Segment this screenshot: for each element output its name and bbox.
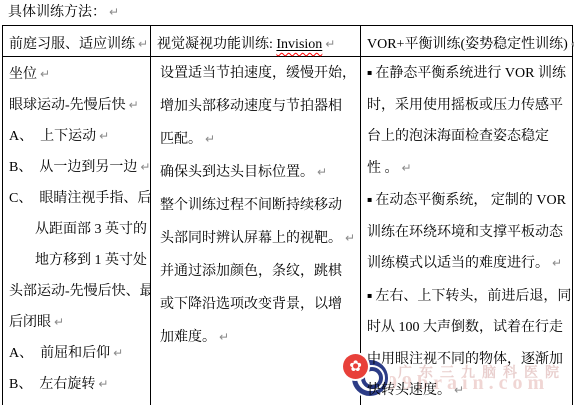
text-line: 地方移到 1 英寸处↵ (9, 245, 150, 276)
training-methods-table: 前庭习服、适应训练↵ 视觉凝视功能训练: Invision↵ VOR+平衡训练(… (2, 25, 573, 405)
line-text: 地方移到 1 英寸处 (35, 253, 147, 268)
line-text: 在静态平衡系统进行 VOR 训练 (375, 66, 566, 81)
paragraph-mark: ↵ (219, 330, 229, 344)
text-line: 增加头部移动速度与节拍器相 (160, 90, 360, 123)
paragraph-mark: ↵ (138, 37, 148, 51)
bullet-icon: ▪ (367, 291, 372, 300)
header-cell-vestibular: 前庭习服、适应训练↵ (3, 26, 151, 57)
gaze-text-block: 设置适当节拍速度，缓慢开始，增加头部移动速度与节拍器相匹配。↵确保头到达头目标位… (151, 57, 360, 354)
line-text: 头部同时辨认屏幕上的视靶。 (160, 231, 342, 246)
text-line: 加难度。↵ (160, 321, 360, 354)
header-gaze-label: 视觉凝视功能训练: (157, 37, 276, 52)
text-line: 整个训练过程不间断持续移动 (160, 189, 360, 222)
paragraph-mark: ↵ (454, 383, 464, 397)
line-text: 并通过添加颜色，条纹，跳棋 (160, 264, 342, 279)
line-text: C、 眼睛注视手指、后者 (9, 191, 151, 206)
line-text: 快转头速度。 (367, 383, 451, 398)
vor-balance-text-block: ▪在静态平衡系统进行 VOR 训练时，采用使用摇板或压力传感平台上的泡沫海面检查… (361, 57, 572, 405)
paragraph-mark: ↵ (325, 37, 335, 51)
line-text: 头部运动-先慢后快、最 (9, 284, 151, 299)
line-text: 时，采用使用摇板或压力传感平 (367, 98, 563, 113)
text-line: 匹配。↵ (160, 123, 360, 156)
paragraph-mark: ↵ (402, 161, 412, 175)
line-text: 从距面部 3 英寸的 (35, 222, 147, 237)
document-page: 具体训练方法：↵ 前庭习服、适应训练↵ 视觉凝视功能训练: Invision↵ (0, 0, 574, 405)
line-text: 设置适当节拍速度，缓慢开始， (160, 66, 356, 81)
text-line: A、 上下运动↵ (9, 121, 150, 152)
text-line: 从距面部 3 英寸的 (9, 214, 150, 245)
text-line: ▪在静态平衡系统进行 VOR 训练 (367, 57, 572, 90)
line-text: 训练模式以适当的难度进行。 (367, 256, 549, 271)
cell-gaze-content: 设置适当节拍速度，缓慢开始，增加头部移动速度与节拍器相匹配。↵确保头到达头目标位… (151, 57, 361, 405)
text-line: 头部运动-先慢后快、最 (9, 276, 150, 307)
paragraph-mark: ↵ (99, 129, 109, 143)
text-line: 设置适当节拍速度，缓慢开始， (160, 57, 360, 90)
line-text: A、 上下运动 (9, 129, 96, 144)
line-text: 增加头部移动速度与节拍器相 (160, 99, 342, 114)
line-text: 台上的泡沫海面检查姿态稳定 (367, 129, 549, 144)
paragraph-mark: ↵ (109, 5, 119, 19)
page-title-text: 具体训练方法： (8, 5, 106, 20)
spellcheck-underline: Invision (276, 37, 322, 52)
text-line: 快转头速度。↵ (367, 375, 572, 405)
paragraph-mark: ↵ (113, 346, 123, 360)
cell-vestibular-content: 坐位↵眼球运动-先慢后快↵A、 上下运动↵B、 从一边到另一边↵C、 眼睛注视手… (3, 57, 151, 405)
line-text: A、 前屈和后仰 (9, 346, 110, 361)
line-text: 或下降沿选项改变背景，以增 (160, 297, 342, 312)
header-vor-balance-label: VOR+平衡训练(姿势稳定性训练) (367, 37, 568, 52)
text-line: 时从 100 大声倒数，试着在行走 (367, 312, 572, 344)
line-text: 坐位 (9, 67, 37, 82)
paragraph-mark: ↵ (317, 165, 327, 179)
text-line: 或下降沿选项改变背景，以增 (160, 288, 360, 321)
paragraph-mark: ↵ (40, 67, 50, 81)
text-line: 并通过添加颜色，条纹，跳棋 (160, 255, 360, 288)
text-line: 眼球运动-先慢后快↵ (9, 90, 150, 121)
paragraph-mark: ↵ (345, 231, 355, 245)
paragraph-mark: ↵ (140, 160, 150, 174)
header-cell-vor-balance: VOR+平衡训练(姿势稳定性训练)↵ (361, 26, 573, 57)
text-line: 头部同时辨认屏幕上的视靶。↵ (160, 222, 360, 255)
line-text: 中用眼注视不同的物体，逐渐加 (367, 352, 563, 367)
line-text: 匹配。 (160, 132, 202, 147)
text-line: 后闭眼↵ (9, 307, 150, 338)
text-line: B、 左右旋转↵ (9, 369, 150, 400)
line-text: 加难度。 (160, 330, 216, 345)
line-text: 时从 100 大声倒数，试着在行走 (367, 320, 563, 335)
line-text: 在动态平衡系统， 定制的 VOR (375, 193, 566, 208)
cell-vor-balance-content: ▪在静态平衡系统进行 VOR 训练时，采用使用摇板或压力传感平台上的泡沫海面检查… (361, 57, 573, 405)
paragraph-mark: ↵ (54, 315, 64, 329)
text-line: 时，采用使用摇板或压力传感平 (367, 90, 572, 122)
line-text: B、 从一边到另一边 (9, 160, 137, 175)
logo-red-circle: ✿ (343, 354, 368, 379)
text-line: 台上的泡沫海面检查姿态稳定 (367, 121, 572, 153)
paragraph-mark: ↵ (129, 98, 139, 112)
text-line: 确保头到达头目标位置。↵ (160, 156, 360, 189)
header-cell-gaze: 视觉凝视功能训练: Invision↵ (151, 26, 361, 57)
paragraph-mark: ↵ (98, 377, 108, 391)
table-body-row: 坐位↵眼球运动-先慢后快↵A、 上下运动↵B、 从一边到另一边↵C、 眼睛注视手… (3, 57, 573, 405)
text-line: B、 从一边到另一边↵ (9, 152, 150, 183)
line-text: 眼球运动-先慢后快 (9, 98, 126, 113)
text-line: A、 前屈和后仰↵ (9, 338, 150, 369)
text-line: ▪在动态平衡系统， 定制的 VOR (367, 184, 572, 217)
text-line: 性 。↵ (367, 153, 572, 185)
text-line: ▪左右、上下转头，前进后退，同 (367, 280, 572, 313)
line-text: 性 。 (367, 161, 399, 176)
text-line: C、 眼睛注视手指、后者 (9, 183, 150, 214)
text-line: 训练模式以适当的难度进行。↵ (367, 248, 572, 280)
line-text: 后闭眼 (9, 315, 51, 330)
page-title: 具体训练方法：↵ (8, 2, 119, 23)
vestibular-text-block: 坐位↵眼球运动-先慢后快↵A、 上下运动↵B、 从一边到另一边↵C、 眼睛注视手… (3, 57, 150, 400)
line-text: 训练在环绕环境和支撑平板动态 (367, 225, 563, 240)
header-gaze-english: Invision (276, 37, 322, 52)
bullet-icon: ▪ (367, 68, 372, 77)
text-line: 训练在环绕环境和支撑平板动态 (367, 217, 572, 249)
flower-icon: ✿ (349, 359, 362, 374)
paragraph-mark: ↵ (205, 132, 215, 146)
line-text: 整个训练过程不间断持续移动 (160, 198, 342, 213)
text-line: 坐位↵ (9, 59, 150, 90)
paragraph-mark: ↵ (552, 256, 562, 270)
header-vestibular-label: 前庭习服、适应训练 (9, 37, 135, 52)
bullet-icon: ▪ (367, 195, 372, 204)
line-text: 确保头到达头目标位置。 (160, 165, 314, 180)
line-text: B、 左右旋转 (9, 377, 95, 392)
line-text: 左右、上下转头，前进后退，同 (375, 289, 571, 304)
text-line: 中用眼注视不同的物体，逐渐加 (367, 344, 572, 376)
table-header-row: 前庭习服、适应训练↵ 视觉凝视功能训练: Invision↵ VOR+平衡训练(… (3, 26, 573, 57)
